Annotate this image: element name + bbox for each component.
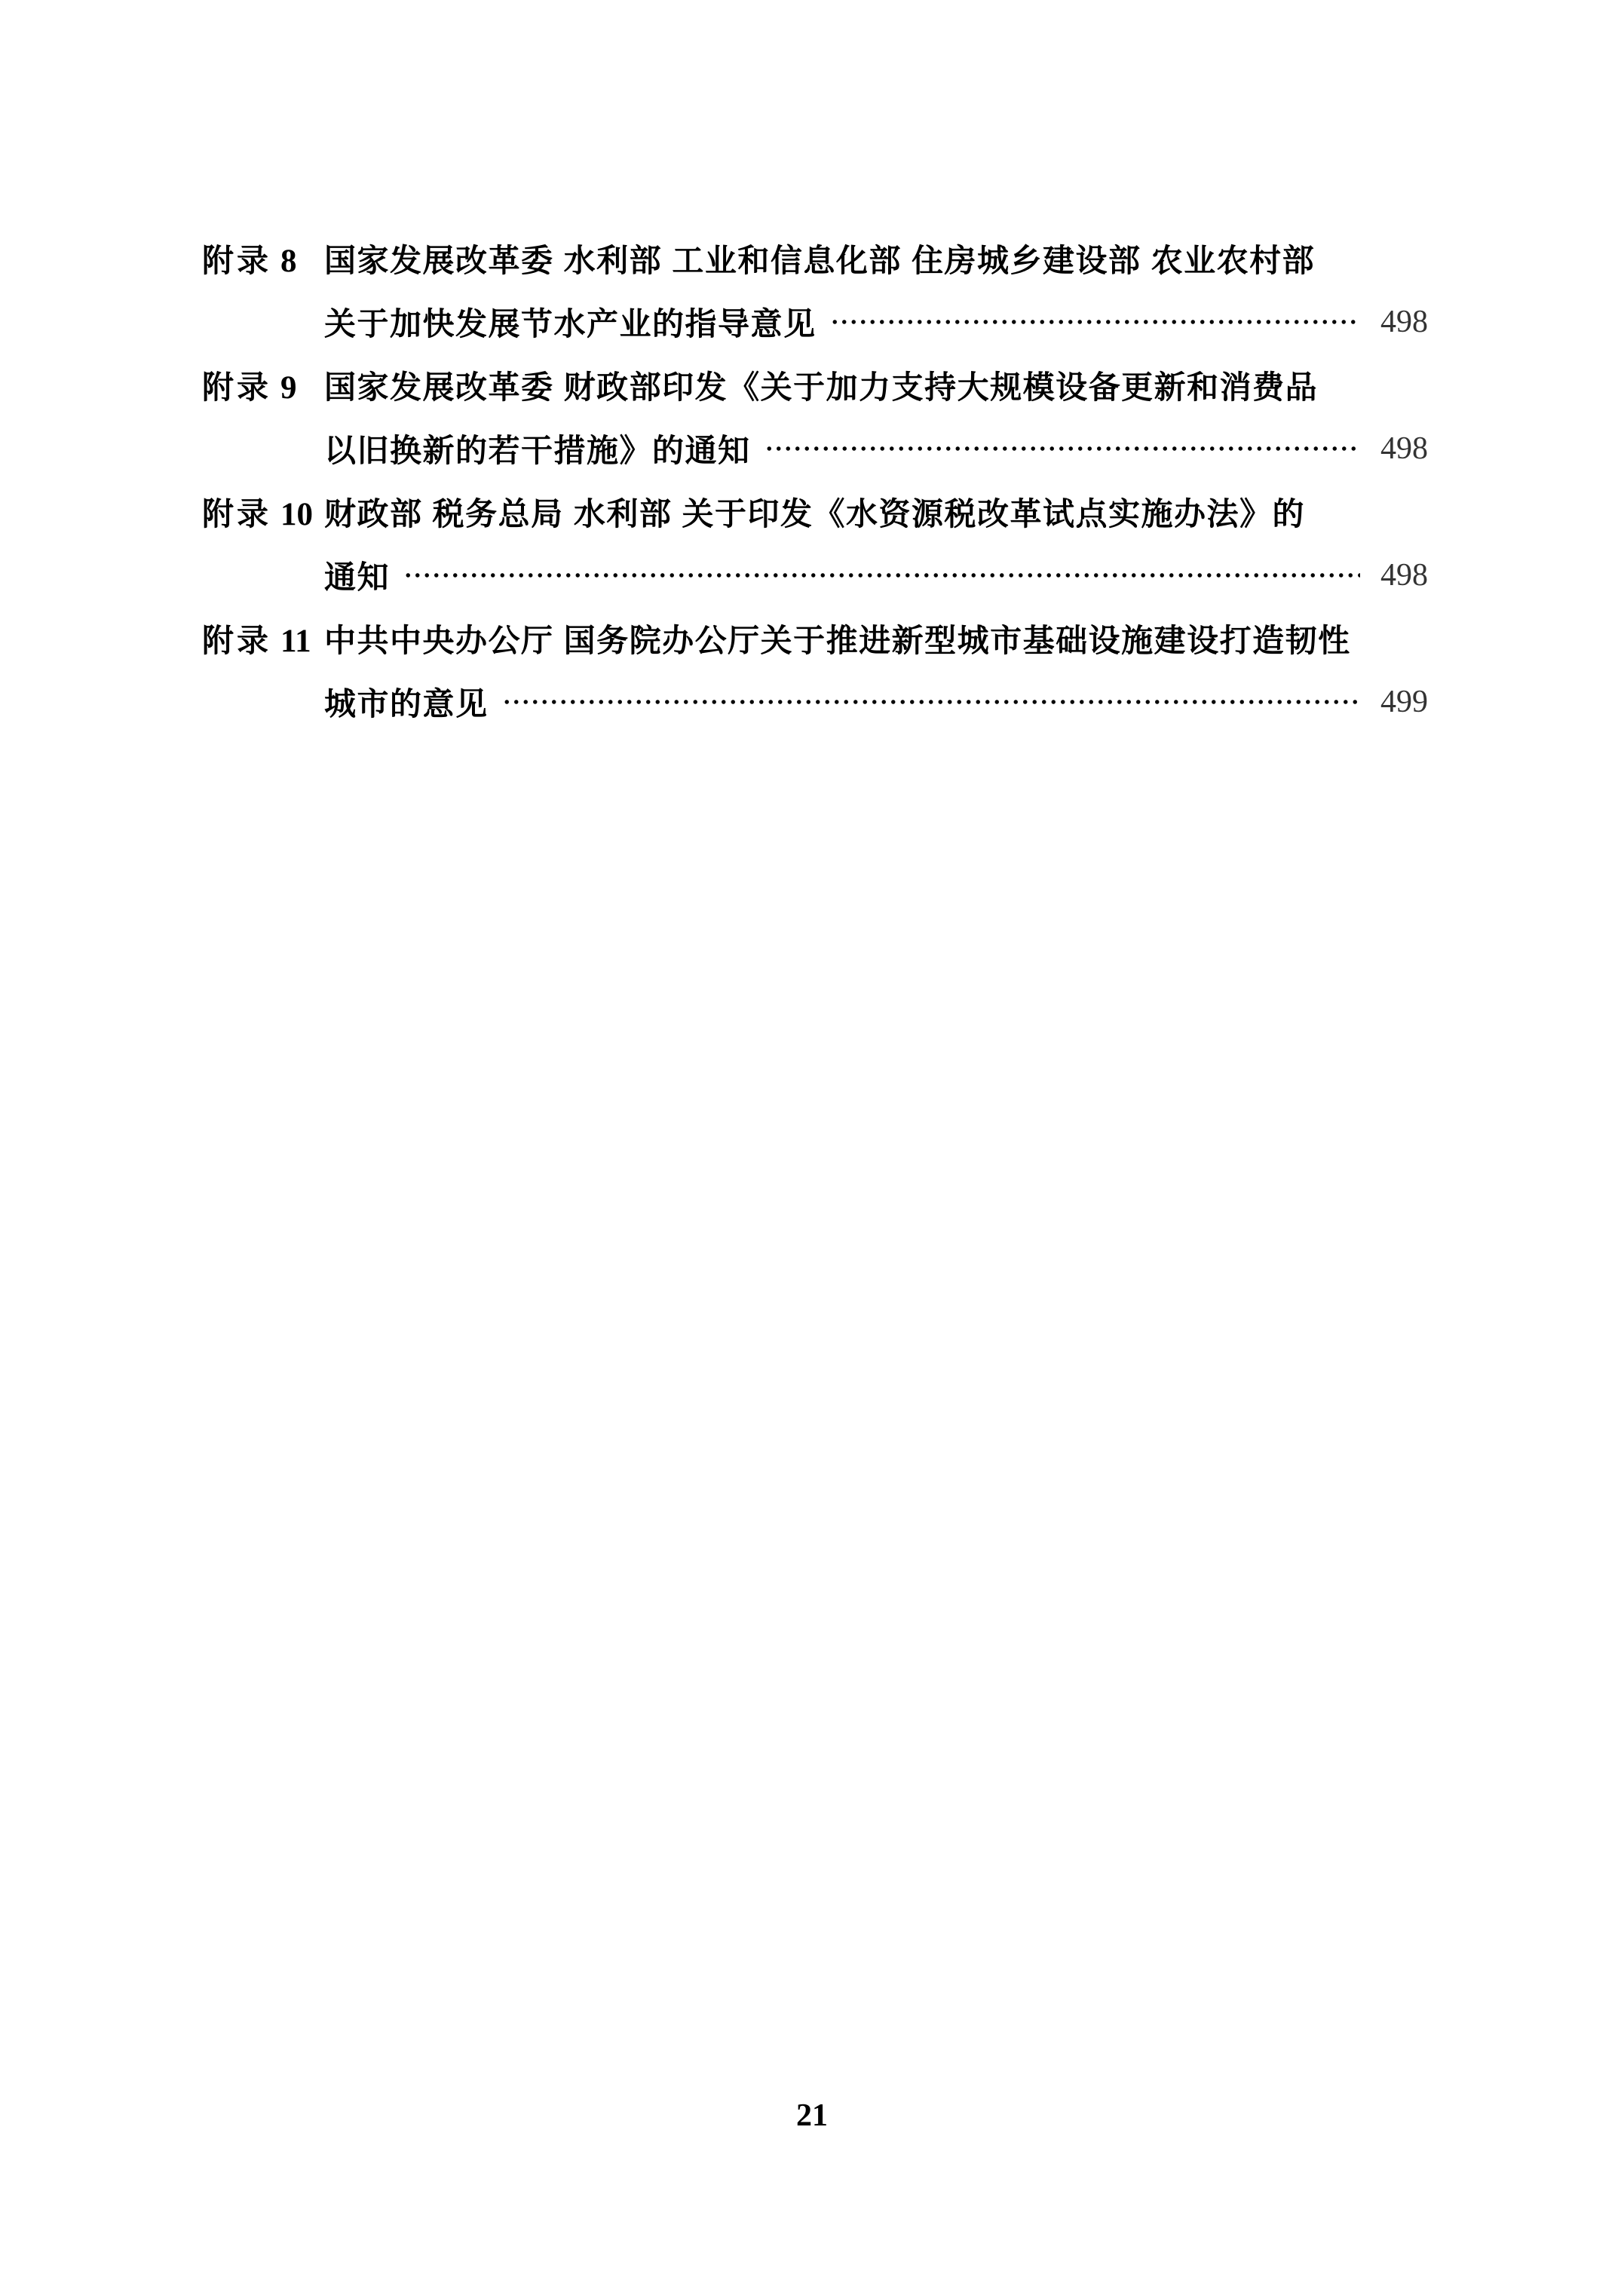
toc-page-number: 498 <box>1374 557 1428 593</box>
toc-entry-appendix-11: 附录 11 中共中央办公厅 国务院办公厅关于推进新型城市基础设施建设打造韧性 城… <box>202 607 1428 734</box>
dot-leader <box>830 318 1360 326</box>
toc-entry-heading-line: 附录 10 财政部 税务总局 水利部 关于印发《水资源税改革试点实施办法》的 <box>202 480 1428 544</box>
toc-page-number: 498 <box>1374 431 1428 467</box>
dot-leader <box>765 445 1360 452</box>
toc-entry-continuation-line: 关于加快发展节水产业的指导意见 498 <box>202 290 1428 354</box>
dot-leader <box>403 572 1360 579</box>
appendix-label-text: 附录 <box>202 363 271 408</box>
appendix-label-number: 9 <box>280 369 297 406</box>
toc-page-number: 499 <box>1374 684 1428 720</box>
toc-entry-appendix-8: 附录 8 国家发展改革委 水利部 工业和信息化部 住房城乡建设部 农业农村部 关… <box>202 227 1428 354</box>
toc-title-line2: 以旧换新的若干措施》的通知 <box>324 426 751 471</box>
toc-entry-heading-line: 附录 8 国家发展改革委 水利部 工业和信息化部 住房城乡建设部 农业农村部 <box>202 227 1428 290</box>
toc-entry-appendix-10: 附录 10 财政部 税务总局 水利部 关于印发《水资源税改革试点实施办法》的 通… <box>202 480 1428 607</box>
toc-title-line2: 城市的意见 <box>324 679 489 725</box>
appendix-label: 附录 9 <box>202 363 324 408</box>
appendix-label-number: 11 <box>280 623 311 660</box>
appendix-label-text: 附录 <box>202 236 271 281</box>
appendix-label-text: 附录 <box>202 489 271 535</box>
toc-entry-continuation-line: 以旧换新的若干措施》的通知 498 <box>202 417 1428 480</box>
toc-entry-heading-line: 附录 11 中共中央办公厅 国务院办公厅关于推进新型城市基础设施建设打造韧性 <box>202 607 1428 670</box>
toc-title-line1: 财政部 税务总局 水利部 关于印发《水资源税改革试点实施办法》的 <box>324 489 1305 535</box>
appendix-label-text: 附录 <box>202 616 271 661</box>
toc-entry-appendix-9: 附录 9 国家发展改革委 财政部印发《关于加力支持大规模设备更新和消费品 以旧换… <box>202 354 1428 480</box>
toc-title-line2: 关于加快发展节水产业的指导意见 <box>324 299 817 345</box>
toc-entry-continuation-line: 通知 498 <box>202 544 1428 607</box>
appendix-label-number: 10 <box>280 496 313 533</box>
toc-title-line1: 国家发展改革委 水利部 工业和信息化部 住房城乡建设部 农业农村部 <box>324 236 1315 281</box>
toc-entry-continuation-line: 城市的意见 499 <box>202 670 1428 734</box>
footer-page-number: 21 <box>0 2098 1624 2134</box>
appendix-label: 附录 11 <box>202 616 324 661</box>
document-page: 附录 8 国家发展改革委 水利部 工业和信息化部 住房城乡建设部 农业农村部 关… <box>0 0 1624 2274</box>
toc-title-line1: 中共中央办公厅 国务院办公厅关于推进新型城市基础设施建设打造韧性 <box>324 616 1351 661</box>
appendix-label: 附录 8 <box>202 236 324 281</box>
appendix-label-number: 8 <box>280 243 297 280</box>
toc-page-number: 498 <box>1374 304 1428 340</box>
appendix-label: 附录 10 <box>202 489 324 535</box>
toc-title-line1: 国家发展改革委 财政部印发《关于加力支持大规模设备更新和消费品 <box>324 363 1318 408</box>
toc-title-line2: 通知 <box>324 553 390 598</box>
toc-entry-heading-line: 附录 9 国家发展改革委 财政部印发《关于加力支持大规模设备更新和消费品 <box>202 354 1428 417</box>
table-of-contents: 附录 8 国家发展改革委 水利部 工业和信息化部 住房城乡建设部 农业农村部 关… <box>202 227 1428 734</box>
dot-leader <box>502 698 1360 706</box>
